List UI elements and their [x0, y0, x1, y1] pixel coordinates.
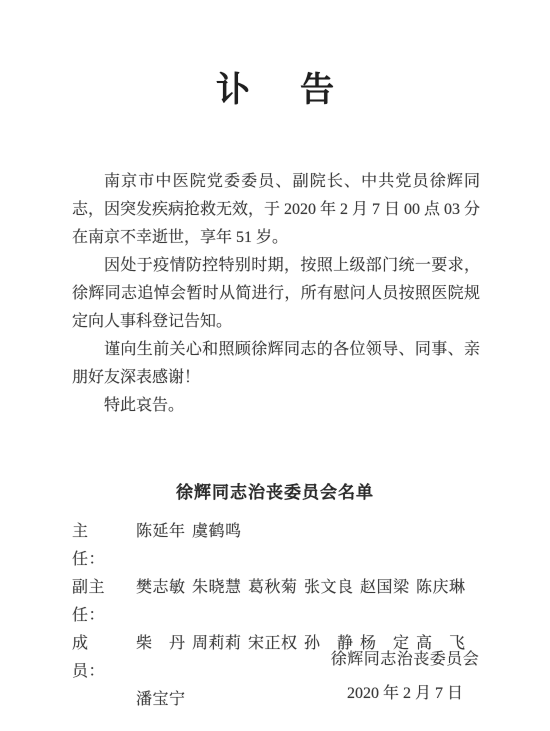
paragraph-memorial-arrangement: 因处于疫情防控特别时期，按照上级部门统一要求，徐辉同志追悼会暂时从简进行，所有慰…: [72, 252, 480, 336]
paragraph-gratitude: 谨向生前关心和照顾徐辉同志的各位领导、同事、亲朋好友深表感谢！: [72, 336, 480, 392]
committee-role-label: 成 员：: [72, 630, 136, 686]
signature-block: 徐辉同志治丧委员会 2020 年 2 月 7 日: [330, 648, 480, 706]
committee-row-deputy-directors: 副主任： 樊志敏 朱晓慧 葛秋菊 张文良 赵国梁 陈庆琳: [72, 574, 480, 630]
committee-names: 陈延年 虞鹤鸣: [136, 518, 480, 546]
paragraph-closing: 特此哀告。: [72, 392, 480, 420]
signature-committee-name: 徐辉同志治丧委员会: [330, 648, 480, 672]
signature-date: 2020 年 2 月 7 日: [330, 682, 480, 706]
committee-role-label: 主 任：: [72, 518, 136, 574]
committee-role-label: 副主任：: [72, 574, 136, 630]
committee-row-director: 主 任： 陈延年 虞鹤鸣: [72, 518, 480, 574]
committee-list-heading: 徐辉同志治丧委员会名单: [0, 480, 550, 506]
paragraph-death-notice: 南京市中医院党委委员、副院长、中共党员徐辉同志，因突发疾病抢救无效，于 2020…: [72, 168, 480, 252]
document-body: 南京市中医院党委委员、副院长、中共党员徐辉同志，因突发疾病抢救无效，于 2020…: [72, 168, 480, 420]
obituary-document-page: 讣 告 南京市中医院党委委员、副院长、中共党员徐辉同志，因突发疾病抢救无效，于 …: [0, 0, 550, 731]
document-title: 讣 告: [0, 0, 550, 112]
committee-names: 樊志敏 朱晓慧 葛秋菊 张文良 赵国梁 陈庆琳: [136, 574, 480, 602]
